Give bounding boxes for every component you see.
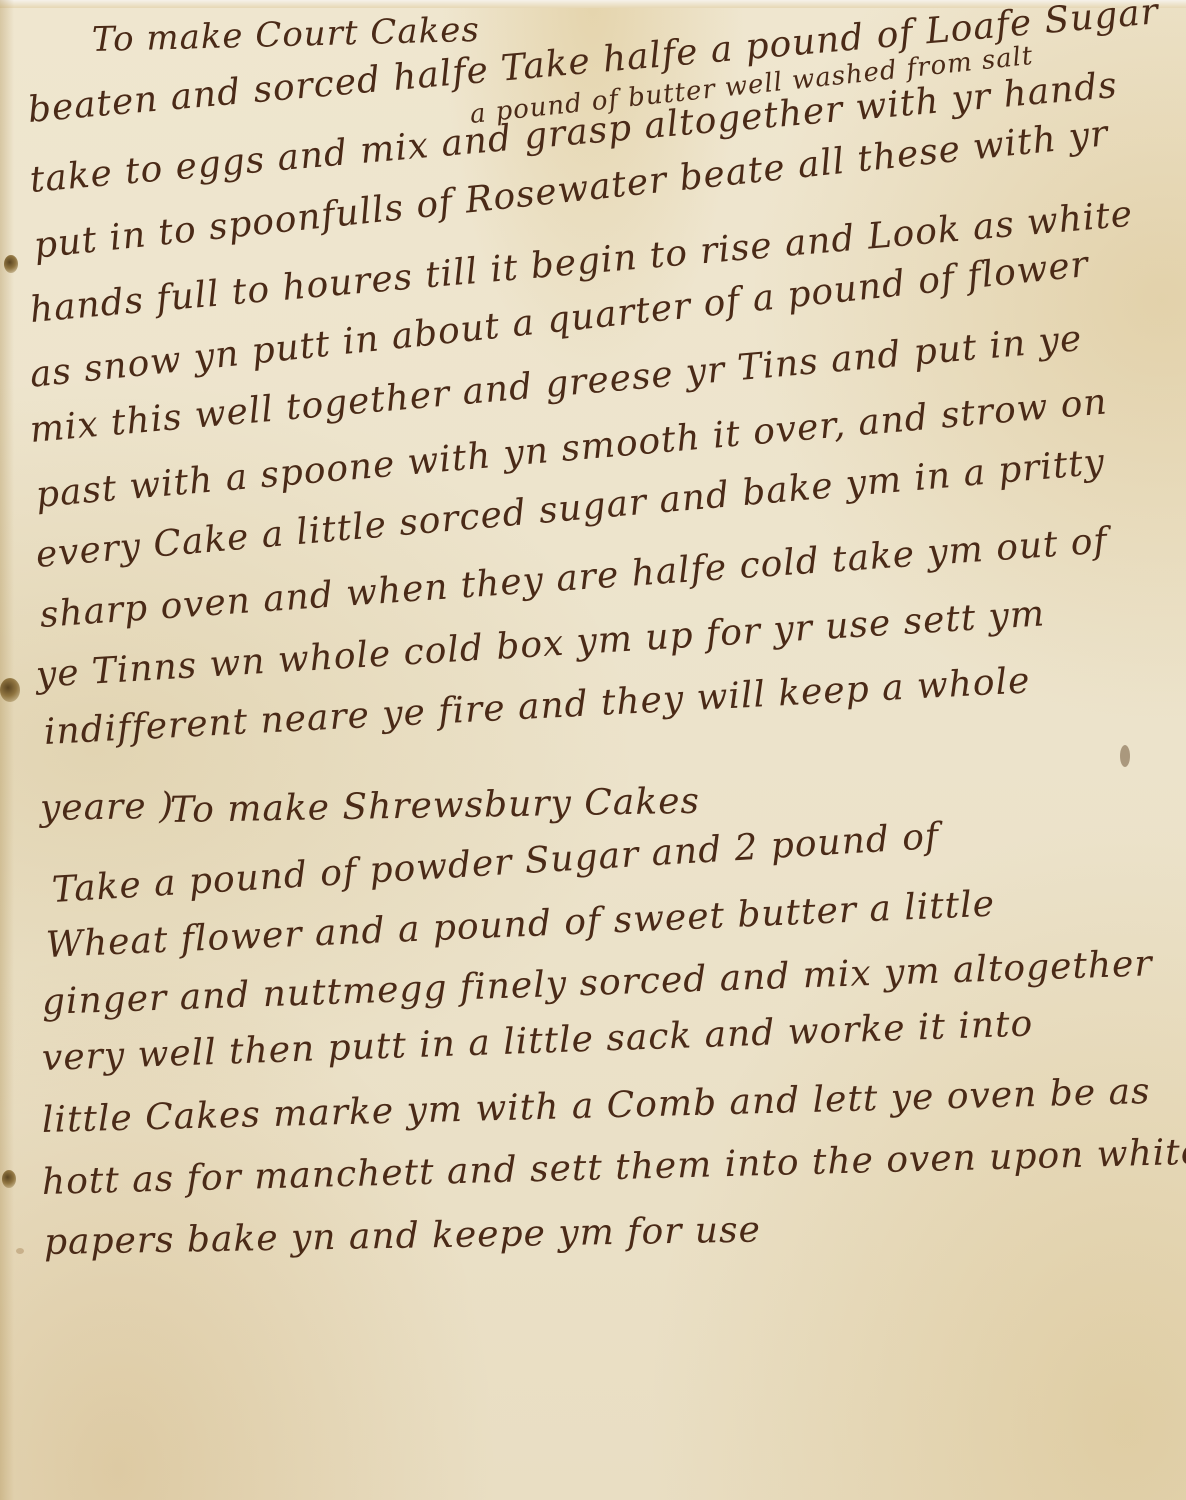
recipe-line: hott as for manchett and sett them into … bbox=[41, 1132, 1186, 1203]
recipe-line: little Cakes marke ym with a Comb and le… bbox=[41, 1071, 1151, 1141]
recipe-line: papers bake yn and keepe ym for use bbox=[44, 1209, 762, 1263]
binding-hole bbox=[4, 255, 18, 273]
page-binding-edge bbox=[0, 0, 14, 1500]
ink-speck bbox=[16, 1248, 24, 1254]
recipe-title-court-cakes: To make Court Cakes bbox=[91, 10, 480, 60]
recipe-title-shrewsbury-cakes: To make Shrewsbury Cakes bbox=[170, 781, 701, 831]
recipe-line: yeare ) bbox=[40, 786, 175, 829]
manuscript-page: To make Court Cakes a pound of butter we… bbox=[0, 0, 1186, 1500]
binding-hole bbox=[2, 1170, 16, 1188]
ink-speck bbox=[1120, 745, 1130, 767]
binding-hole bbox=[0, 678, 20, 702]
